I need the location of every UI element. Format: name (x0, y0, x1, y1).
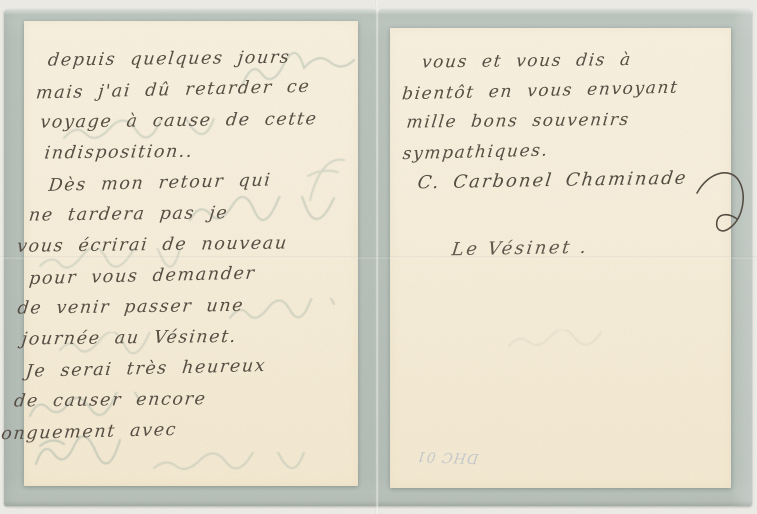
wrapper-bottom-shadow (4, 501, 752, 506)
signature-flourish (693, 165, 751, 243)
handwritten-line: sympathiques. (393, 133, 672, 170)
left-page-text: depuis quelques jours mais j'ai dû retar… (0, 44, 327, 447)
wrapper-right-fold-edge (732, 9, 752, 506)
inventory-annotation: DHC 01 (415, 448, 480, 466)
right-page-text: vous et vous dis à bientôt en vous envoy… (393, 46, 683, 166)
handwritten-line: longuement avec (0, 413, 281, 451)
letter-scan: depuis quelques jours mais j'ai dû retar… (0, 0, 757, 514)
handwritten-line: voyage à cause de cette (31, 104, 320, 138)
handwritten-line: de venir passer une (8, 290, 297, 324)
handwritten-line: ne tardera pas je (19, 197, 308, 231)
place-name: Le Vésinet . (451, 237, 590, 260)
